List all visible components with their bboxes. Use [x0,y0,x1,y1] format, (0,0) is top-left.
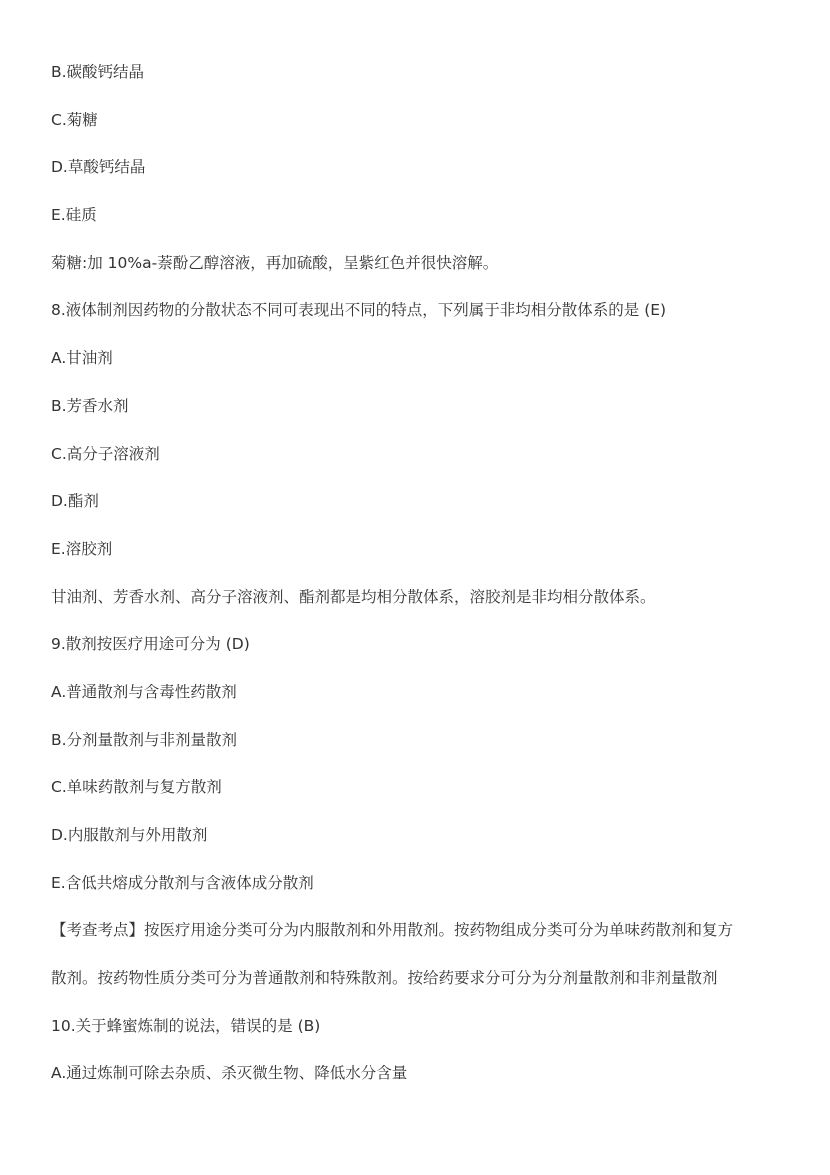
q8-option-d: D.酯剂 [51,489,791,513]
question-10: 10.关于蜂蜜炼制的说法，错误的是 (B) [51,1014,791,1038]
q9-option-d: D.内服散剂与外用散剂 [51,823,791,847]
explanation-q7: 菊糖:加 10%a-萘酚乙醇溶液，再加硫酸，呈紫红色并很快溶解。 [51,251,791,275]
q8-option-b: B.芳香水剂 [51,394,791,418]
document-page: B.碳酸钙结晶 C.菊糖 D.草酸钙结晶 E.硅质 菊糖:加 10%a-萘酚乙醇… [51,60,791,1109]
explanation-q8: 甘油剂、芳香水剂、高分子溶液剂、酯剂都是均相分散体系，溶胶剂是非均相分散体系。 [51,585,791,609]
q9-option-e: E.含低共熔成分散剂与含液体成分散剂 [51,871,791,895]
q10-option-a: A.通过炼制可除去杂质、杀灭微生物、降低水分含量 [51,1061,791,1085]
q9-option-c: C.单味药散剂与复方散剂 [51,775,791,799]
q9-option-b: B.分剂量散剂与非剂量散剂 [51,728,791,752]
q9-option-a: A.普通散剂与含毒性药散剂 [51,680,791,704]
exam-point-paragraph: 【考查考点】按医疗用途分类可分为内服散剂和外用散剂。按药物组成分类可分为单味药散… [51,918,791,990]
exam-point-row-2: 散剂。按药物性质分类可分为普通散剂和特殊散剂。按给药要求分可分为分剂量散剂和非剂… [51,966,791,990]
option-c-inulin: C.菊糖 [51,108,791,132]
q8-option-a: A.甘油剂 [51,346,791,370]
option-e-silica: E.硅质 [51,203,791,227]
q8-option-e: E.溶胶剂 [51,537,791,561]
exam-point-row-1: 【考查考点】按医疗用途分类可分为内服散剂和外用散剂。按药物组成分类可分为单味药散… [51,918,791,942]
option-d-calcium-oxalate: D.草酸钙结晶 [51,155,791,179]
q8-option-c: C.高分子溶液剂 [51,442,791,466]
option-b-calcium-carbonate: B.碳酸钙结晶 [51,60,791,84]
question-9: 9.散剂按医疗用途可分为 (D) [51,632,791,656]
question-8: 8.液体制剂因药物的分散状态不同可表现出不同的特点，下列属于非均相分散体系的是 … [51,298,791,322]
